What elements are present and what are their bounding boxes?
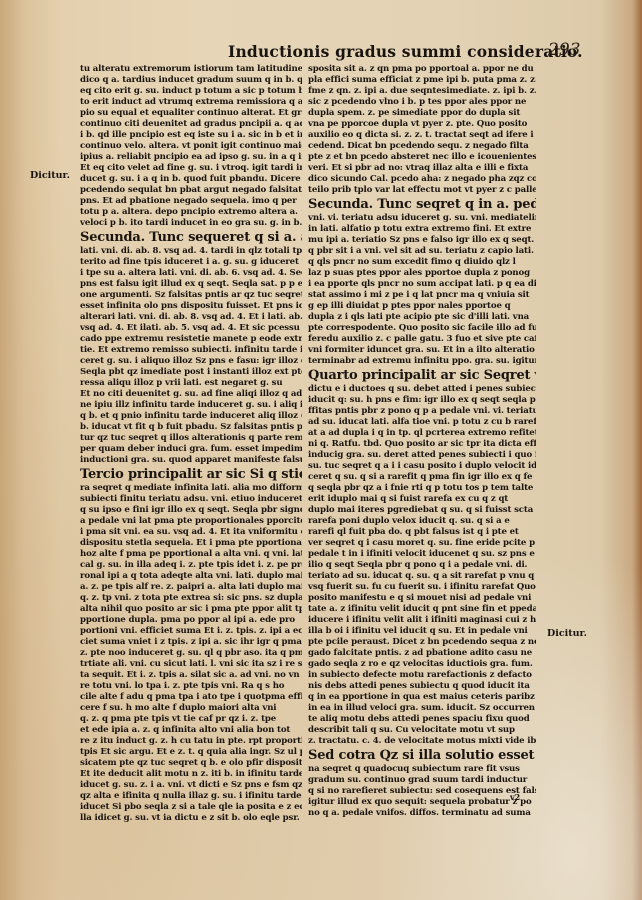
text-line: terminabr ad extremu infinitu ppo. gra. …	[308, 356, 536, 367]
text-line: dictu e i ductoes q su. debet atted i pe…	[308, 384, 536, 395]
text-line: pla effici suma efficiat z pme ipi b. pu…	[308, 75, 536, 86]
text-line: z. pte noo induceret g. su. ql q pbr aso…	[80, 648, 302, 659]
text-line: ne ipiu illz infinitu tarde induceret g.…	[80, 400, 302, 411]
text-line: re z itu induct g. z. h cu tatu in pte. …	[80, 736, 302, 747]
text-line: ni q. Ratfu. tbd. Quo posito ar sic tpr …	[308, 439, 536, 450]
text-line: hoz alte f pma pe pportional a alta vni.…	[80, 549, 302, 560]
margin-note-right: Dicitur.	[547, 628, 587, 639]
signature-mark: v2	[510, 792, 520, 802]
text-line: ciet suma vniet i z tpis. z ipi a. sic i…	[80, 637, 302, 648]
text-line: q su ipso e fini igr illo ex q seqt. Seq…	[80, 505, 302, 516]
text-line: sic z pcedendo vlno i b. p tes ppor ales…	[308, 97, 536, 108]
section-heading: Sed cotra Qz si illa solutio esset bo-	[308, 747, 536, 764]
text-line: no q a. pedale vnifos. diffos. terminatu…	[308, 808, 536, 819]
text-line: vni. vi. teriatu adsu iduceret g. su. vn…	[308, 213, 536, 224]
text-line: dupla spem. z. pe simediate ppor do dupl…	[308, 108, 536, 119]
text-line: veri. Et si pbr ad no: vtraq illaz alta …	[308, 163, 536, 174]
text-line: z. tractatu. c. 4. de velocitate motus m…	[308, 736, 536, 747]
text-line: sposita sit a. z qn pma po pportoal a. p…	[308, 64, 536, 75]
text-line: at a ad dupla i q in tp. ql pcrterea ext…	[308, 428, 536, 439]
text-line: cado ppe extremu resistetie manete p eod…	[80, 334, 302, 345]
text-line: gado falcitate pntis. z ad pbatione adit…	[308, 648, 536, 659]
text-line: vsq fuerit su. fu cu fuerit su. i ifinit…	[308, 582, 536, 593]
text-line: describit tali q su. Cu velocitate motu …	[308, 725, 536, 736]
left-lines-c: ra seqret q mediate infinita lati. alia …	[80, 483, 302, 824]
right-lines-b: vni. vi. teriatu adsu iduceret g. su. vn…	[308, 213, 536, 367]
left-column: tu alteratu extremorum istiorum tam lati…	[80, 64, 302, 824]
text-line: g ep illi diuidat p ptes ppor nales ppor…	[308, 301, 536, 312]
text-line: et ede ipia a. z. q infinita alto vni al…	[80, 725, 302, 736]
text-line: q. z. tp vni. z tota pte extrea si: sic …	[80, 593, 302, 604]
text-line: q qls pncr no sum excedit fimo q diuido …	[308, 257, 536, 268]
text-line: pns. Et ad pbatione negado sequela. imo …	[80, 196, 302, 207]
text-line: dico sicundo Cal. pcedo aha: z negado ph…	[308, 174, 536, 185]
text-line: i ea pporte qls pncr no sum accipat lati…	[308, 279, 536, 290]
text-line: posito manifestu e q si mouet nisi ad pe…	[308, 593, 536, 604]
text-line: ffitas pntis pbr z pono q p a pedale vni…	[308, 406, 536, 417]
text-line: dupla z i qls lati pte acipio pte sic d'…	[308, 312, 536, 323]
text-line: i pma sit vni. ea su. vsq ad. 4. Et ita …	[80, 527, 302, 538]
left-lines-a: tu alteratu extremorum istiorum tam lati…	[80, 64, 302, 229]
text-line: illa b oi i ifinitu vel iducit q su. Et …	[308, 626, 536, 637]
section-heading: Secunda. Tunc seqret q in a. pedale	[308, 196, 536, 213]
text-line: Et eq cito velet ad fine g. su. i vtroq.…	[80, 163, 302, 174]
text-line: sicatem pte qz tuc seqret q b. e olo pfi…	[80, 758, 302, 769]
text-line: cedend. Dicat bn pcedendo sequ. z negado…	[308, 141, 536, 152]
text-line: lla idicet g. su. vt ia dictu e z sit b.…	[80, 813, 302, 824]
text-line: a pedale vni lat pma pte proportionales …	[80, 516, 302, 527]
text-line: alterari lati. vni. di. ab. 8. vsq ad. 4…	[80, 312, 302, 323]
text-line: gado seqla z ro e qz velocitas iductiois…	[308, 659, 536, 670]
text-line: teilo prib tplo var lat effectu mot vt p…	[308, 185, 536, 196]
text-line: in ea in illud veloci gra. sum. iducit. …	[308, 703, 536, 714]
text-line: in lati. alfatio p totu extra extremo fi…	[308, 224, 536, 235]
text-line: tur qz tuc seqret q illos alterationis q…	[80, 433, 302, 444]
text-line: ronal ipi a q tota adeqte alta vni. lati…	[80, 571, 302, 582]
right-lines-a: sposita sit a. z qn pma po pportoal a. p…	[308, 64, 536, 196]
text-line: vsq ad. 4. Et ilati. ab. 5. vsq ad. 4. E…	[80, 323, 302, 334]
text-line: dispositu stetla sequela. Et i pma pte p…	[80, 538, 302, 549]
text-line: cal g. su. in illa adeq i. z. pte tpis i…	[80, 560, 302, 571]
text-line: portioni vni. efficiet suma Et i. z. tpi…	[80, 626, 302, 637]
text-line: ipius a. reliabit pncipio ea ad ipso g. …	[80, 152, 302, 163]
text-line: continuo citi deuenitet ad gradus pncipi…	[80, 119, 302, 130]
right-lines-c: dictu e i ductoes q su. debet atted i pe…	[308, 384, 536, 747]
text-line: cile alte f adu q pma tpa i ato tpe i qu…	[80, 692, 302, 703]
text-line: q in ea pportione in qua est maius ceter…	[308, 692, 536, 703]
text-line: q b. et q pnio infinitu tarde induceret …	[80, 411, 302, 422]
text-line: cere f su. h mo alte f duplo maiori alta…	[80, 703, 302, 714]
text-line: rarefa poni duplo velox iducit q. su. q …	[308, 516, 536, 527]
text-line: iducit q: su. h pns e fim: igr illo ex q…	[308, 395, 536, 406]
text-line: vni formiter iduncet gra. su. Et in a il…	[308, 345, 536, 356]
text-line: ra seqret q mediate infinita lati. alia …	[80, 483, 302, 494]
text-line: inducig gra. su. deret atted penes subie…	[308, 450, 536, 461]
text-line: dico q a. tardius inducet gradum suum q …	[80, 75, 302, 86]
text-line: vna pe pporcoe dupla vt pyer z. pte. Quo…	[308, 119, 536, 130]
text-line: q si no rarefieret subiectu: sed coseque…	[308, 786, 536, 797]
text-line: ad su. iducat lati. alfa tioe vni. p tot…	[308, 417, 536, 428]
text-line: rarefi ql fuit pba do. q pbt falsus ist …	[308, 527, 536, 538]
text-line: subiecti finitu teriatu adsu. vni. etiuo…	[80, 494, 302, 505]
left-lines-b: lati. vni. di. ab. 8. vsq ad. 4. tardi i…	[80, 246, 302, 466]
text-line: ceret q su. q si a rarefit q pma fin igr…	[308, 472, 536, 483]
text-line: tie. Et extremo remisso subiecti. infini…	[80, 345, 302, 356]
text-line: inductioni gra. su. quod apparet manifes…	[80, 455, 302, 466]
text-line: continuo velo. altera. vt ponit igit con…	[80, 141, 302, 152]
text-line: pte correspodente. Quo posito sic facile…	[308, 323, 536, 334]
text-line: Et no citi deuenitet g. su. ad fine aliq…	[80, 389, 302, 400]
text-line: te aliq motu debs attedi penes spaciu fi…	[308, 714, 536, 725]
text-line: ressa aliqu illoz p vrii lati. est negar…	[80, 378, 302, 389]
text-line: q. z. q pma pte tpis vt tie caf pr qz i.…	[80, 714, 302, 725]
text-line: veloci p b. ito tardi inducet in eo gra …	[80, 218, 302, 229]
text-line: igitur illud ex quo sequit: sequela prob…	[308, 797, 536, 808]
text-line: i tpe su a. altera lati. vni. di. ab. 6.…	[80, 268, 302, 279]
text-line: per quam deber induci gra. fum. esset im…	[80, 444, 302, 455]
folio-number: 293	[548, 40, 580, 60]
text-line: totu p a. altera. depo pncipio extremo a…	[80, 207, 302, 218]
text-line: q pbr sit i a vni. vel sit ad su. teriat…	[308, 246, 536, 257]
text-line: one argumenti. Sz falsitas pntis ar qz t…	[80, 290, 302, 301]
text-line: pedale t in i ifiniti velocit iducenet q…	[308, 549, 536, 560]
text-line: esset infinita olo pns dispositu fuisset…	[80, 301, 302, 312]
text-line: to erit induct ad vtrumq extrema remissi…	[80, 97, 302, 108]
text-line: pte z et bn pcedo absteret nec illo e ic…	[308, 152, 536, 163]
text-line: stat assimo i mi z pe i q lat pncr ma q …	[308, 290, 536, 301]
text-line: alta nihil quo posito ar sic i pma pte p…	[80, 604, 302, 615]
text-line: ilio q seqt Seqla pbr q pono q i a pedal…	[308, 560, 536, 571]
text-line: na seqret q quadocuq subiectum rare fit …	[308, 764, 536, 775]
running-head: Inductionis gradus summi consideratio.	[228, 42, 583, 61]
section-heading: Secunda. Tunc sequeret q si a. alteret	[80, 229, 302, 246]
right-lines-d: na seqret q quadocuq subiectum rare fit …	[308, 764, 536, 819]
text-line: iducere i ifinitu velit alit i ifiniti m…	[308, 615, 536, 626]
text-line: q seqla pbr qz a i fnie rti q p totu tos…	[308, 483, 536, 494]
text-line: ceret g. su. i aliquo illoz Sz pns e fas…	[80, 356, 302, 367]
margin-note-left: Dicitur.	[30, 170, 70, 181]
text-line: su. tuc seqret q a i i casu posito i dup…	[308, 461, 536, 472]
text-line: iducet g. su. z. i a. vni. vt dicti e Sz…	[80, 780, 302, 791]
text-line: re totu vni. lo tpa i. z. pte tpis vni. …	[80, 681, 302, 692]
section-heading: Tercio principalit ar sic Si q stio esse…	[80, 466, 302, 483]
text-line: Seqla pbt qz imediate post i instanti il…	[80, 367, 302, 378]
text-line: in subiecto defecte motu rarefactionis z…	[308, 670, 536, 681]
text-line: erit iduplo mai q si fuist rarefa ex cu …	[308, 494, 536, 505]
text-line: ducet g. su. i a q in b. quod fuit pband…	[80, 174, 302, 185]
right-column: sposita sit a. z qn pma po pportoal a. p…	[308, 64, 536, 819]
text-line: pns est falsu igit illud ex q seqt. Seql…	[80, 279, 302, 290]
text-line: ta sequit. Et i. z. tpis a. silat sic a.…	[80, 670, 302, 681]
text-line: qz alta e ifinita q nulla illaz g. su. i…	[80, 791, 302, 802]
text-line: tpis Et sic argu. Et e z. t. q quia alia…	[80, 747, 302, 758]
text-line: pcedendo sequlat bn pbat argut negado fa…	[80, 185, 302, 196]
text-line: i b. qd ille pncipio est eq iste su i a.…	[80, 130, 302, 141]
text-line: tate a. z ifinitu velit iducit q pnt sin…	[308, 604, 536, 615]
section-heading: Quarto principalit ar sic Seqret vt ia	[308, 367, 536, 384]
text-line: auxilio eo q dicta si. z. z. t. tractat …	[308, 130, 536, 141]
text-line: ver seqret q i casu moret q. su. fine er…	[308, 538, 536, 549]
text-line: a. z. pe tpis alf re. z. paipri a. alta …	[80, 582, 302, 593]
text-line: mu ipi a. teriatio Sz pns e falso igr il…	[308, 235, 536, 246]
text-line: b. iducat vt fit q b fuit pbadu. Sz fals…	[80, 422, 302, 433]
text-line: gradum su. continuo grad suum tardi indu…	[308, 775, 536, 786]
text-line: feredu auxilio z. c palle gatu. 3 fuo et…	[308, 334, 536, 345]
text-line: Et ite deducit alit motu n z. iti b. in …	[80, 769, 302, 780]
text-line: pio su equal et equaliter continuo alter…	[80, 108, 302, 119]
text-line: teriato ad su. iducat q. su. q a sit rar…	[308, 571, 536, 582]
text-line: trtiate ali. vni. cu sicut lati. l. vni …	[80, 659, 302, 670]
text-line: lati. vni. di. ab. 8. vsq ad. 4. tardi i…	[80, 246, 302, 257]
text-line: laz p suas ptes ppor ales pportoe dupla …	[308, 268, 536, 279]
text-line: eq cito erit g. su. induct p totum a sic…	[80, 86, 302, 97]
text-line: pte pcile peraust. Dicet z bn pcedendo s…	[308, 637, 536, 648]
text-line: nis debs attedi penes subiectu q quod id…	[308, 681, 536, 692]
text-line: terito ad fine tpis iduceret i a. g. su.…	[80, 257, 302, 268]
text-line: fme z qn. z. ipi a. due seqntesimediate.…	[308, 86, 536, 97]
text-line: tu alteratu extremorum istiorum tam lati…	[80, 64, 302, 75]
text-line: duplo mai iteres pgrediebat q su. q si f…	[308, 505, 536, 516]
text-line: pportione dupla. pma po ppor al ipi a. e…	[80, 615, 302, 626]
text-line: iducet Si pbo seqla z si a tale qle ia p…	[80, 802, 302, 813]
